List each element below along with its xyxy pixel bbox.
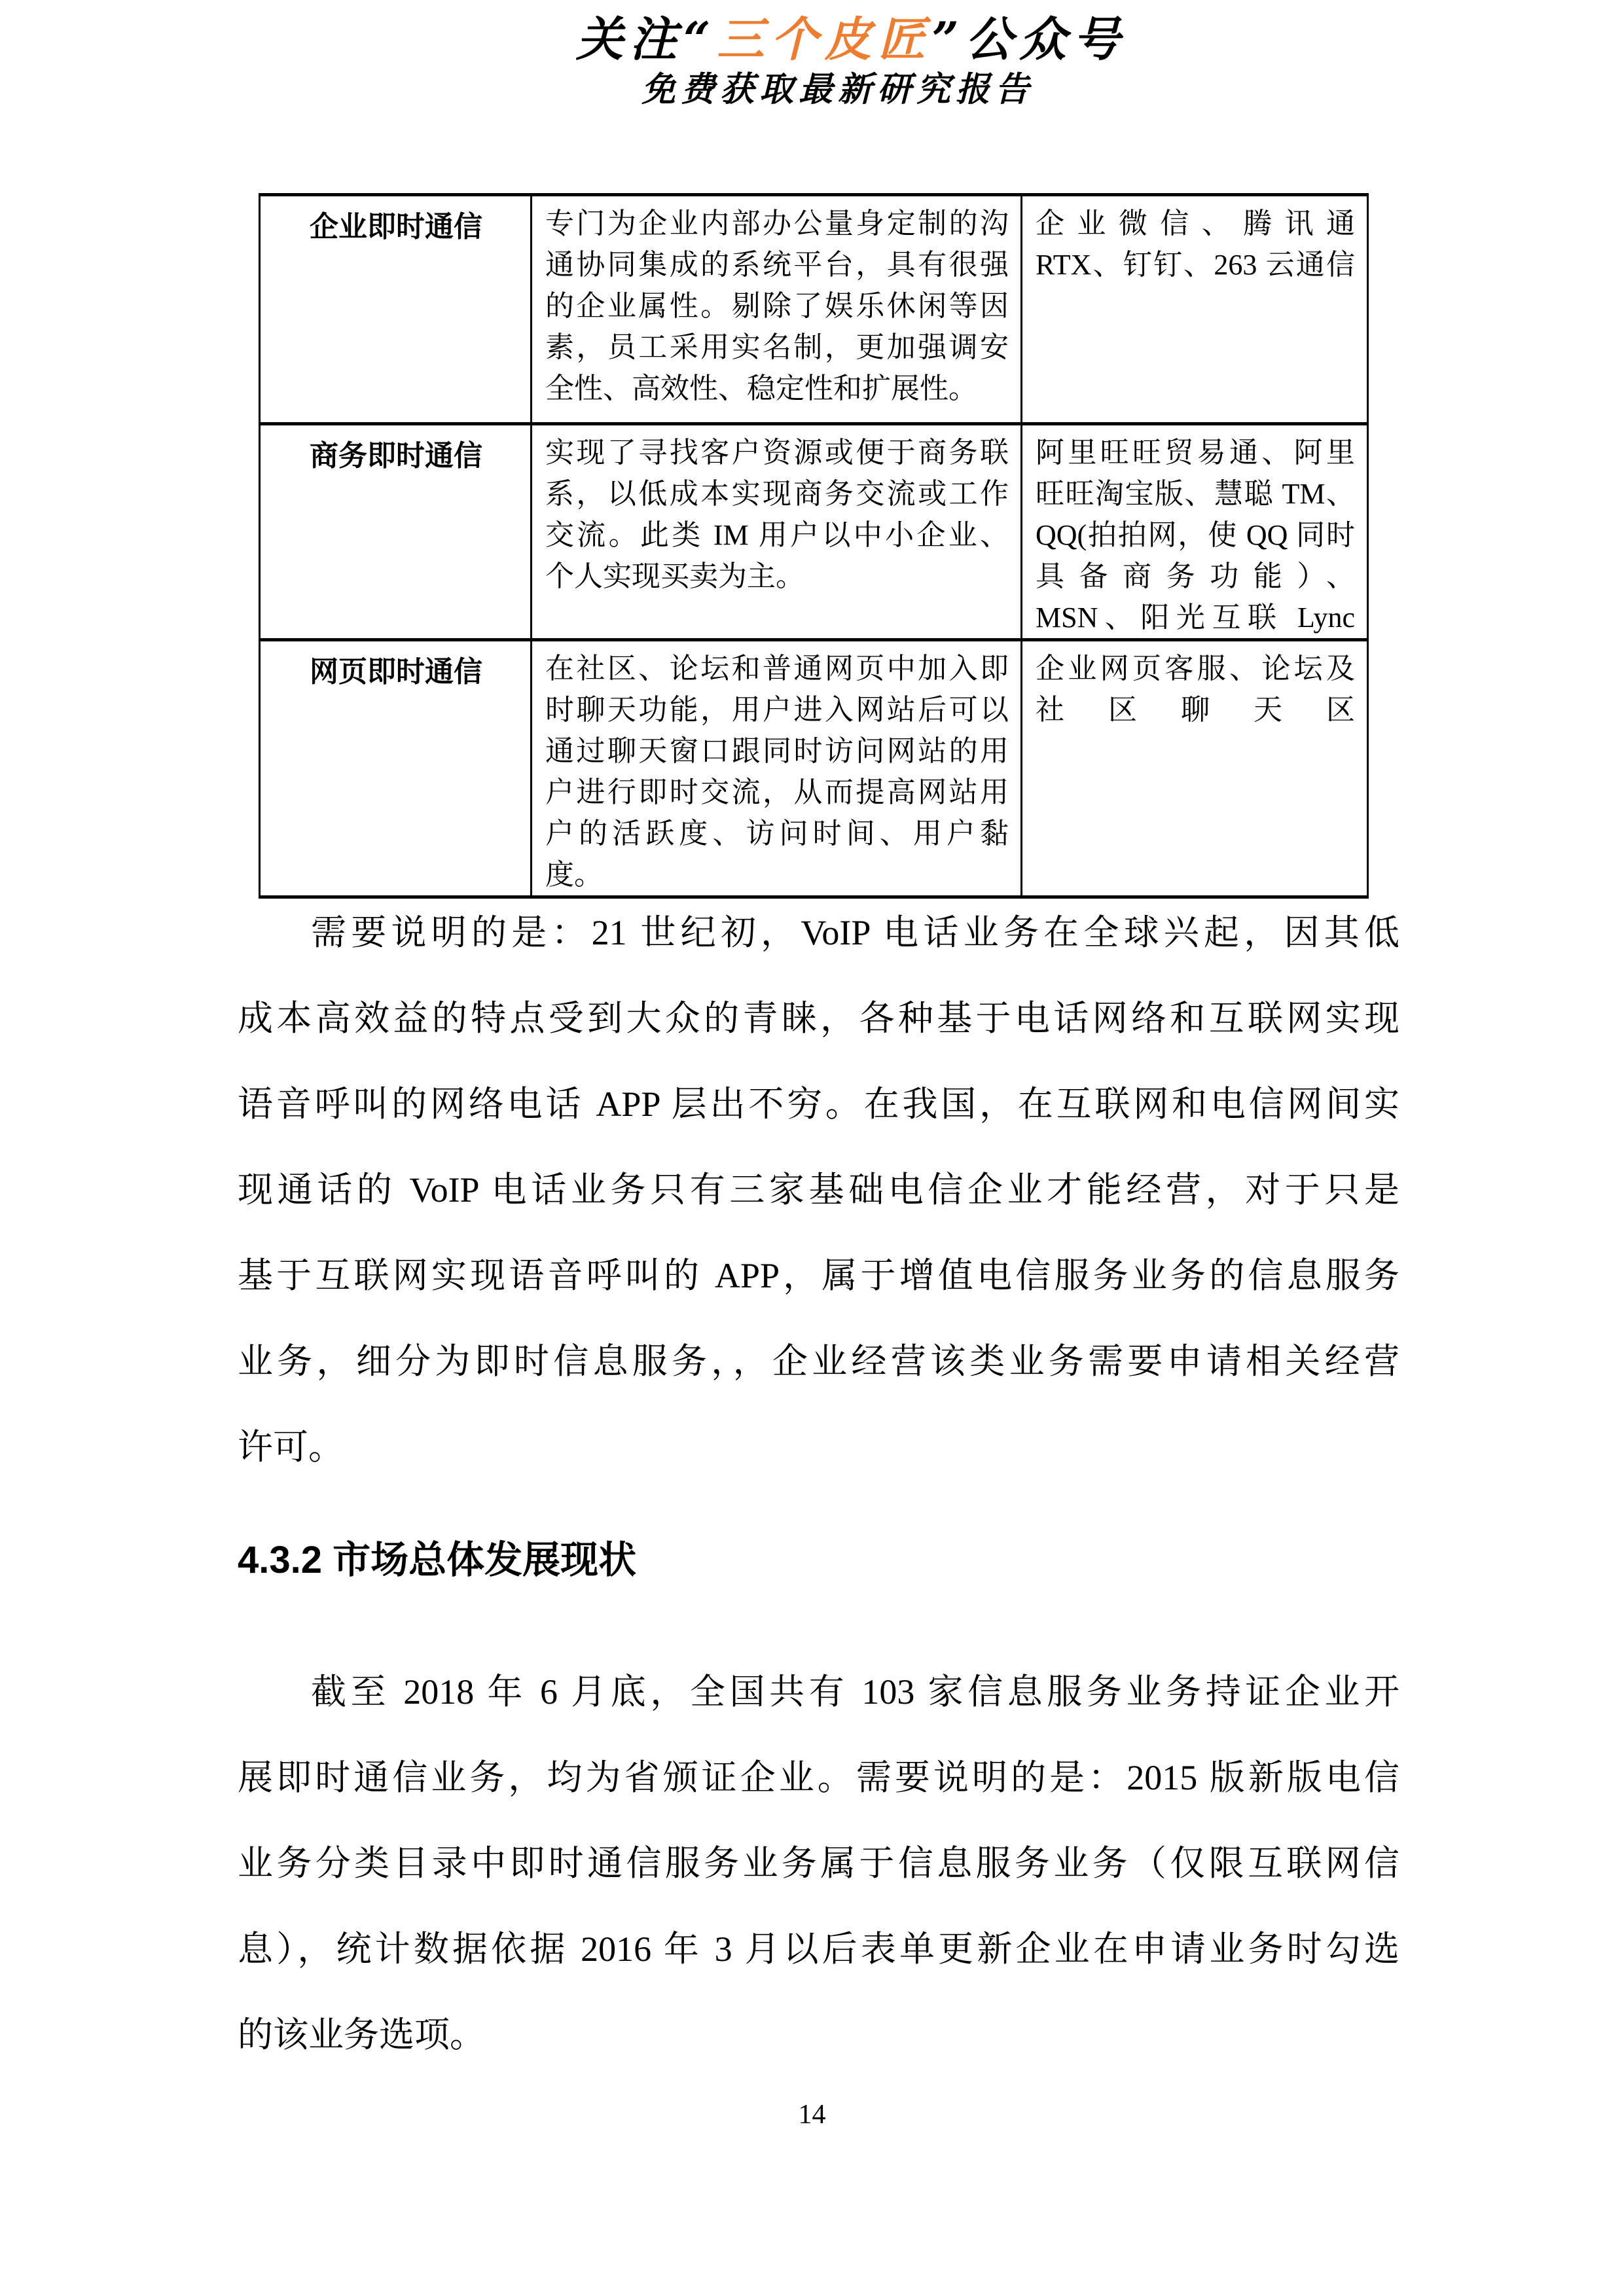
description-line: 全性、高效性、稳定性和扩展性。 [545,368,1009,409]
im-table-body: 企业即时通信专门为企业内部办公量身定制的沟通协同集成的系统平台，具有很强的企业属… [260,195,1368,897]
example-line: 阿里旺旺贸易通、阿里 [1036,432,1355,473]
example-line: QQ(拍拍网，使 QQ 同时 [1036,514,1355,556]
example-line: 企业微信、腾讯通 [1036,203,1355,244]
header-subtitle: 免费获取最新研究报告 [576,69,1100,110]
section-heading: 4.3.2 市场总体发展现状 [238,1537,1399,1584]
paragraph-line: 的该业务选项。 [238,1992,1399,2078]
examples-cell: 企业微信、腾讯通RTX、钉钉、263 云通信 [1022,195,1368,424]
description-line: 户的活跃度、访问时间、用户黏 [545,813,1009,854]
description-line: 素，员工采用实名制，更加强调安 [545,327,1009,368]
description-line: 通过聊天窗口跟同时访问网站的用 [545,730,1009,772]
page-number: 14 [0,2096,1624,2133]
header-title-suffix: ”公众号 [931,11,1126,67]
example-line: 旺旺淘宝版、慧聪 TM、 [1036,473,1355,514]
paragraph-line: 息），统计数据依据 2016 年 3 月以后表单更新企业在申请业务时勾选 [238,1907,1399,1992]
header-title-highlight: 三个皮匠 [717,11,931,67]
paragraph-voip: 需要说明的是：21 世纪初，VoIP 电话业务在全球兴起，因其低成本高效益的特点… [238,890,1399,1490]
description-line: 专门为企业内部办公量身定制的沟 [545,203,1009,244]
category-cell: 商务即时通信 [260,424,532,640]
table-row: 企业即时通信专门为企业内部办公量身定制的沟通协同集成的系统平台，具有很强的企业属… [260,195,1368,424]
header-title-prefix: 关注“ [576,11,717,67]
paragraph-line: 业务分类目录中即时通信服务业务属于信息服务业务（仅限互联网信 [238,1821,1399,1907]
paragraph-line: 需要说明的是：21 世纪初，VoIP 电话业务在全球兴起，因其低 [238,890,1399,976]
description-cell: 专门为企业内部办公量身定制的沟通协同集成的系统平台，具有很强的企业属性。剔除了娱… [532,195,1022,424]
description-line: 实现了寻找客户资源或便于商务联 [545,432,1009,473]
description-line: 度。 [545,854,1009,895]
examples-cell: 企业网页客服、论坛及社区聊天区 [1022,640,1368,897]
category-cell: 企业即时通信 [260,195,532,424]
paragraph-line: 许可。 [238,1405,1399,1490]
description-line: 时聊天功能，用户进入网站后可以 [545,689,1009,730]
example-line: 具备商务功能）、 [1036,556,1355,597]
document-page: 关注“三个皮匠”公众号 免费获取最新研究报告 企业即时通信专门为企业内部办公量身… [0,0,1624,2296]
example-line: RTX、钉钉、263 云通信 [1036,244,1355,285]
description-line: 系，以低成本实现商务交流或工作 [545,473,1009,514]
paragraph-line: 截至 2018 年 6 月底，全国共有 103 家信息服务业务持证企业开 [238,1649,1399,1735]
description-line: 的企业属性。剔除了娱乐休闲等因 [545,285,1009,327]
paragraph-line: 业务，细分为即时信息服务，，企业经营该类业务需要申请相关经营 [238,1319,1399,1405]
table-row: 商务即时通信实现了寻找客户资源或便于商务联系，以低成本实现商务交流或工作交流。此… [260,424,1368,640]
example-line: MSN、阳光互联 Lync [1036,597,1355,638]
im-categories-table: 企业即时通信专门为企业内部办公量身定制的沟通协同集成的系统平台，具有很强的企业属… [259,193,1369,899]
example-line: 企业网页客服、论坛及 [1036,648,1355,689]
description-line: 户进行即时交流，从而提高网站用 [545,772,1009,813]
description-cell: 在社区、论坛和普通网页中加入即时聊天功能，用户进入网站后可以通过聊天窗口跟同时访… [532,640,1022,897]
description-line: 个人实现买卖为主。 [545,556,1009,597]
paragraph-line: 语音呼叫的网络电话 APP 层出不穷。在我国，在互联网和电信网间实 [238,1062,1399,1147]
example-line: 社区聊天区 [1036,689,1355,730]
description-cell: 实现了寻找客户资源或便于商务联系，以低成本实现商务交流或工作交流。此类 IM 用… [532,424,1022,640]
header-title: 关注“三个皮匠”公众号 [576,9,1100,69]
paragraph-line: 现通话的 VoIP 电话业务只有三家基础电信企业才能经营，对于只是 [238,1147,1399,1233]
description-line: 交流。此类 IM 用户以中小企业、 [545,514,1009,556]
paragraph-market-status: 截至 2018 年 6 月底，全国共有 103 家信息服务业务持证企业开展即时通… [238,1649,1399,2078]
page-header: 关注“三个皮匠”公众号 免费获取最新研究报告 [576,9,1100,110]
description-line: 在社区、论坛和普通网页中加入即 [545,648,1009,689]
paragraph-line: 成本高效益的特点受到大众的青睐，各种基于电话网络和互联网实现 [238,976,1399,1062]
paragraph-line: 展即时通信业务，均为省颁证企业。需要说明的是：2015 版新版电信 [238,1735,1399,1821]
table-row: 网页即时通信在社区、论坛和普通网页中加入即时聊天功能，用户进入网站后可以通过聊天… [260,640,1368,897]
description-line: 通协同集成的系统平台，具有很强 [545,244,1009,285]
category-cell: 网页即时通信 [260,640,532,897]
paragraph-line: 基于互联网实现语音呼叫的 APP，属于增值电信服务业务的信息服务 [238,1233,1399,1319]
examples-cell: 阿里旺旺贸易通、阿里旺旺淘宝版、慧聪 TM、QQ(拍拍网，使 QQ 同时具备商务… [1022,424,1368,640]
